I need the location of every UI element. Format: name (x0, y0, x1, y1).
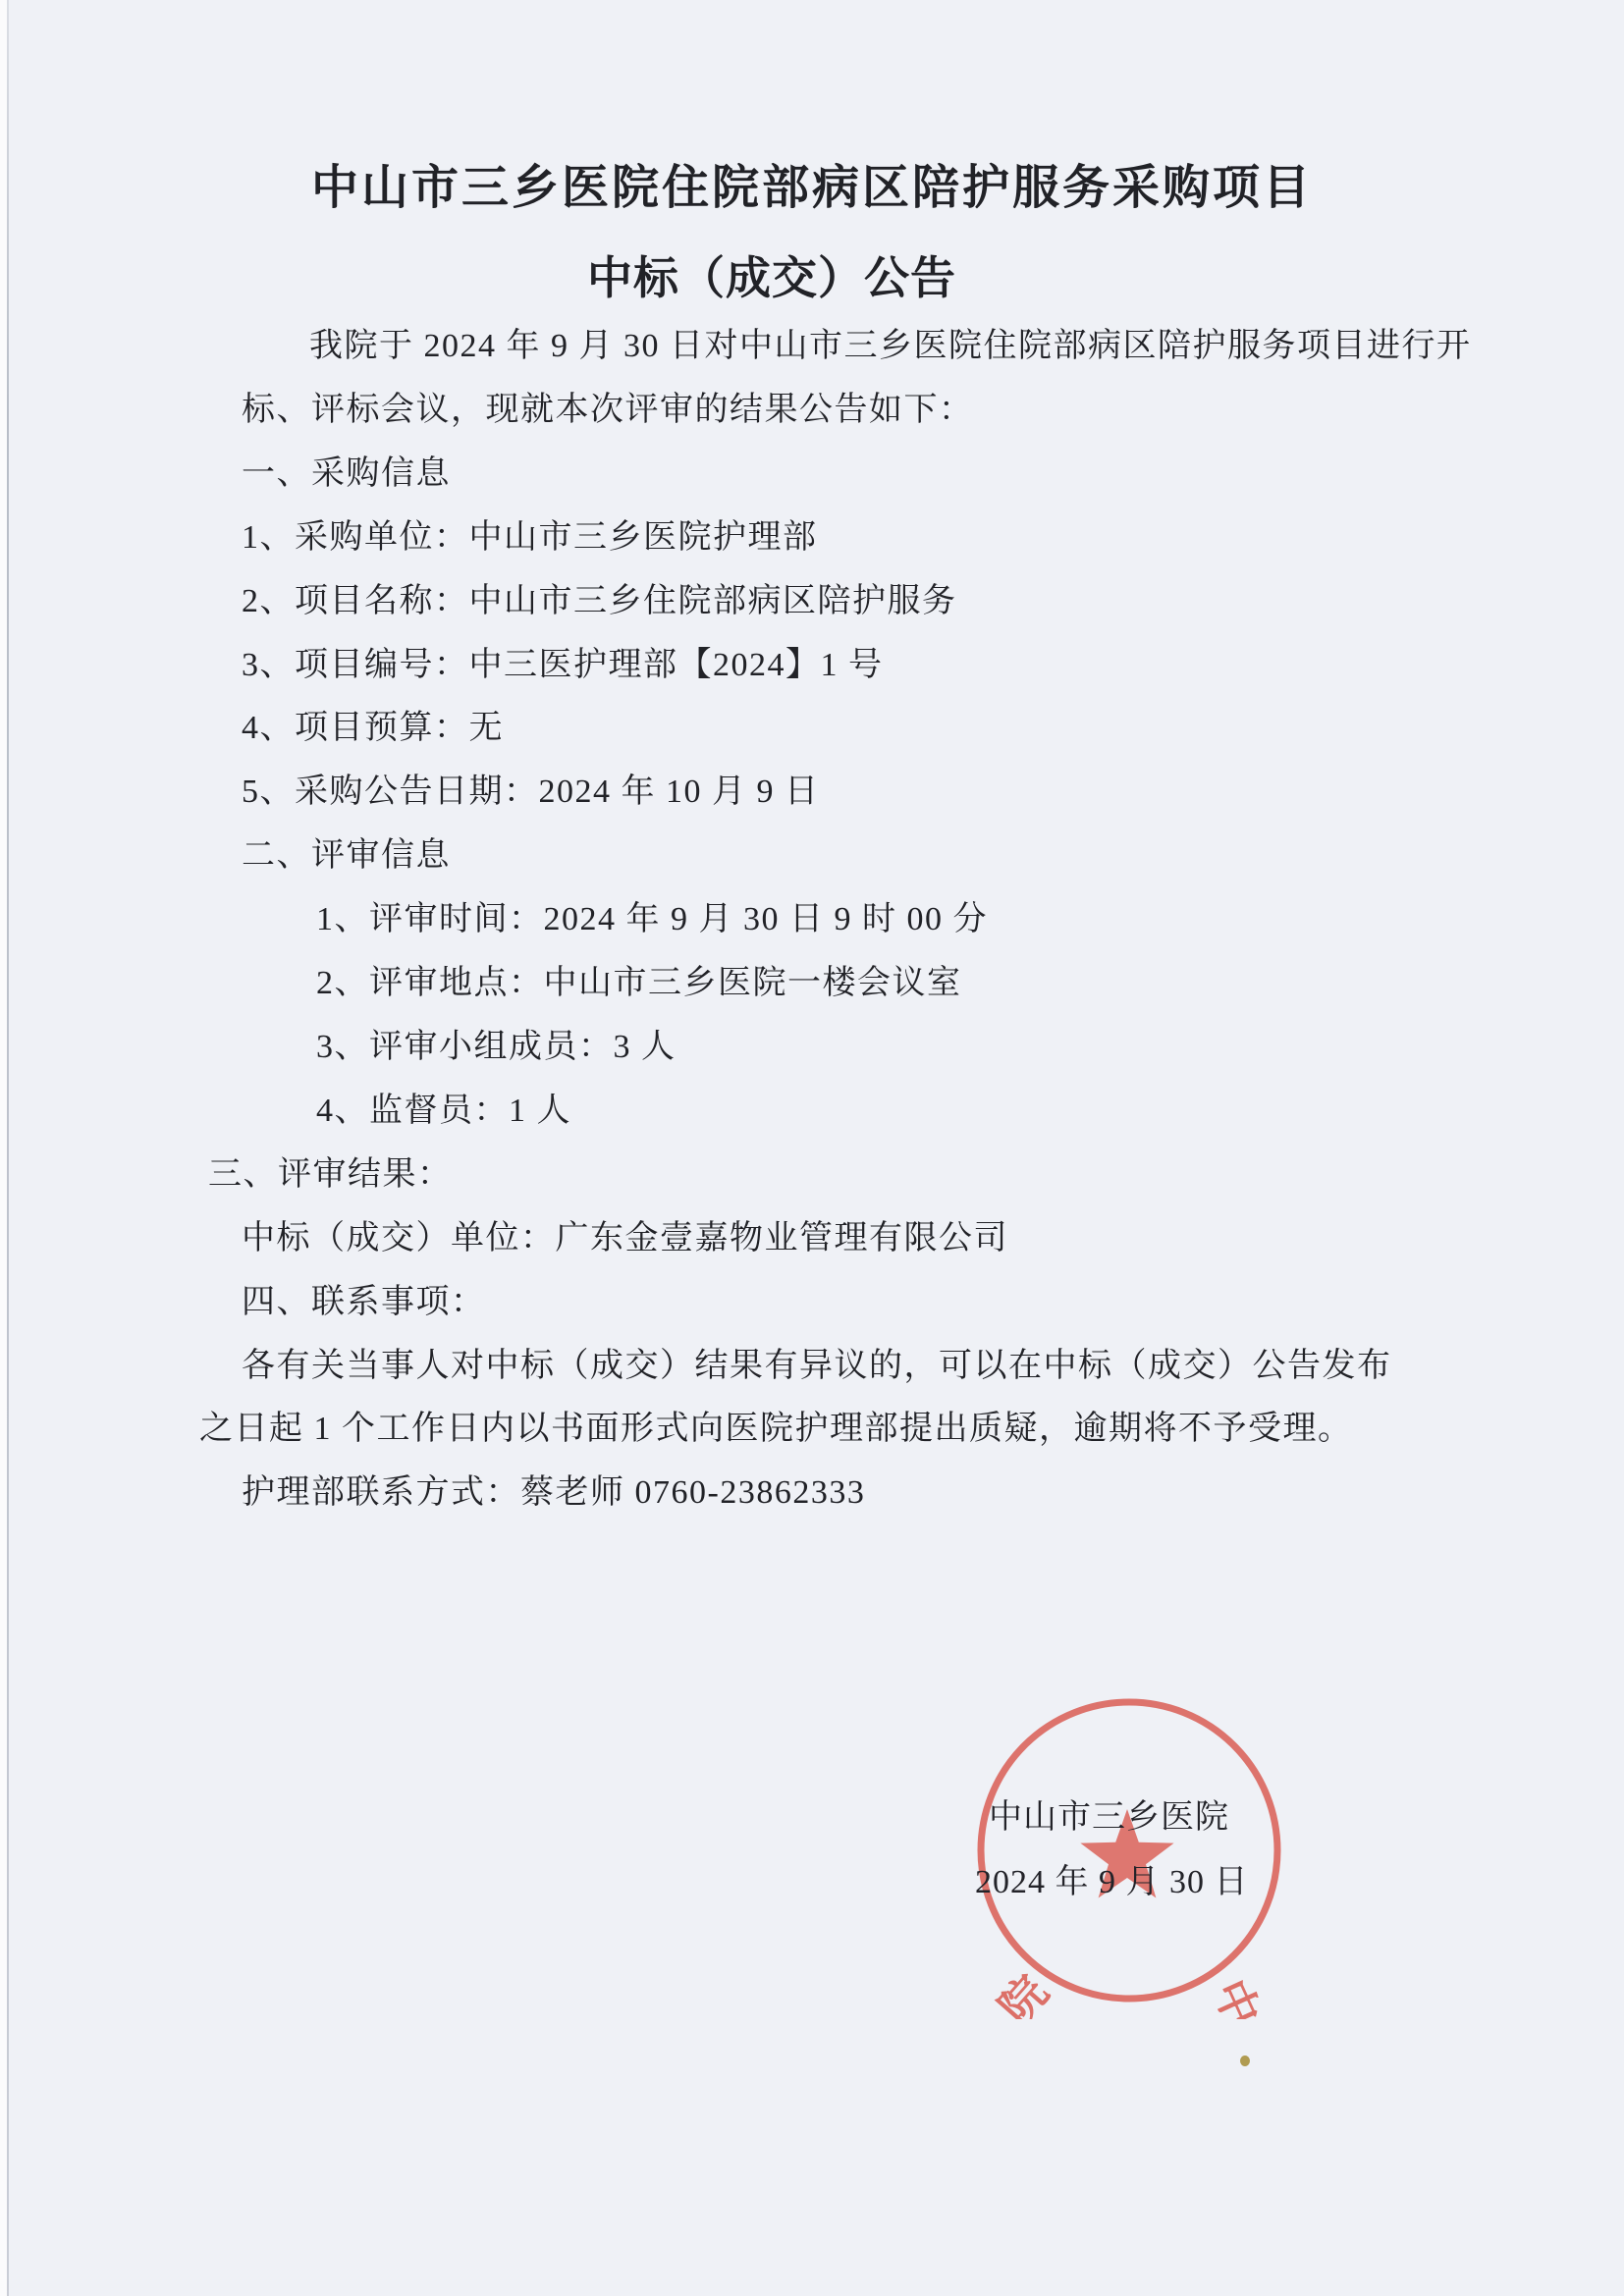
text-line: 1、采购单位：中山市三乡医院护理部 (0, 507, 1624, 570)
text-line: 5、采购公告日期：2024 年 10 月 9 日 (0, 761, 1624, 825)
text-line: 中标（成交）单位：广东金壹嘉物业管理有限公司 (0, 1207, 1624, 1271)
text-line: 4、监督员：1 人 (0, 1080, 1624, 1144)
official-seal-stamp: 中山市三乡医院 (960, 1682, 1298, 2019)
text-line: 各有关当事人对中标（成交）结果有异议的，可以在中标（成交）公告发布 (0, 1335, 1624, 1399)
text-line: 3、项目编号：中三医护理部【2024】1 号 (0, 634, 1624, 698)
text-line: 3、评审小组成员：3 人 (0, 1016, 1624, 1080)
text-line: 4、项目预算：无 (0, 697, 1624, 761)
text-line: 我院于 2024 年 9 月 30 日对中山市三乡医院住院部病区陪护服务项目进行… (0, 315, 1624, 379)
scanned-document-page: 中山市三乡医院住院部病区陪护服务采购项目 中标（成交）公告 我院于 2024 年… (0, 0, 1624, 2296)
text-line: 四、联系事项： (0, 1271, 1624, 1335)
text-line: 二、评审信息 (0, 825, 1624, 888)
document-title-line1: 中山市三乡医院住院部病区陪护服务采购项目 (0, 149, 1624, 217)
text-line: 2、评审地点：中山市三乡医院一楼会议室 (0, 952, 1624, 1016)
document-body: 我院于 2024 年 9 月 30 日对中山市三乡医院住院部病区陪护服务项目进行… (0, 315, 1624, 1525)
text-line: 2、项目名称：中山市三乡住院部病区陪护服务 (0, 570, 1624, 634)
text-line: 之日起 1 个工作日内以书面形式向医院护理部提出质疑，逾期将不予受理。 (0, 1398, 1624, 1462)
text-line: 1、评审时间：2024 年 9 月 30 日 9 时 00 分 (0, 888, 1624, 952)
seal-icon: 中山市三乡医院 (960, 1682, 1298, 2019)
stamp-date: 2024 年 9 月 30 日 (975, 1854, 1249, 1902)
text-line: 标、评标会议，现就本次评审的结果公告如下： (0, 379, 1624, 443)
text-line: 三、评审结果： (0, 1144, 1624, 1207)
scan-speck (1240, 2056, 1250, 2066)
stamp-hospital-name: 中山市三乡医院 (989, 1789, 1229, 1838)
document-title-line2: 中标（成交）公告 (0, 242, 1584, 307)
text-line: 护理部联系方式：蔡老师 0760-23862333 (0, 1462, 1624, 1525)
text-line: 一、采购信息 (0, 443, 1624, 507)
